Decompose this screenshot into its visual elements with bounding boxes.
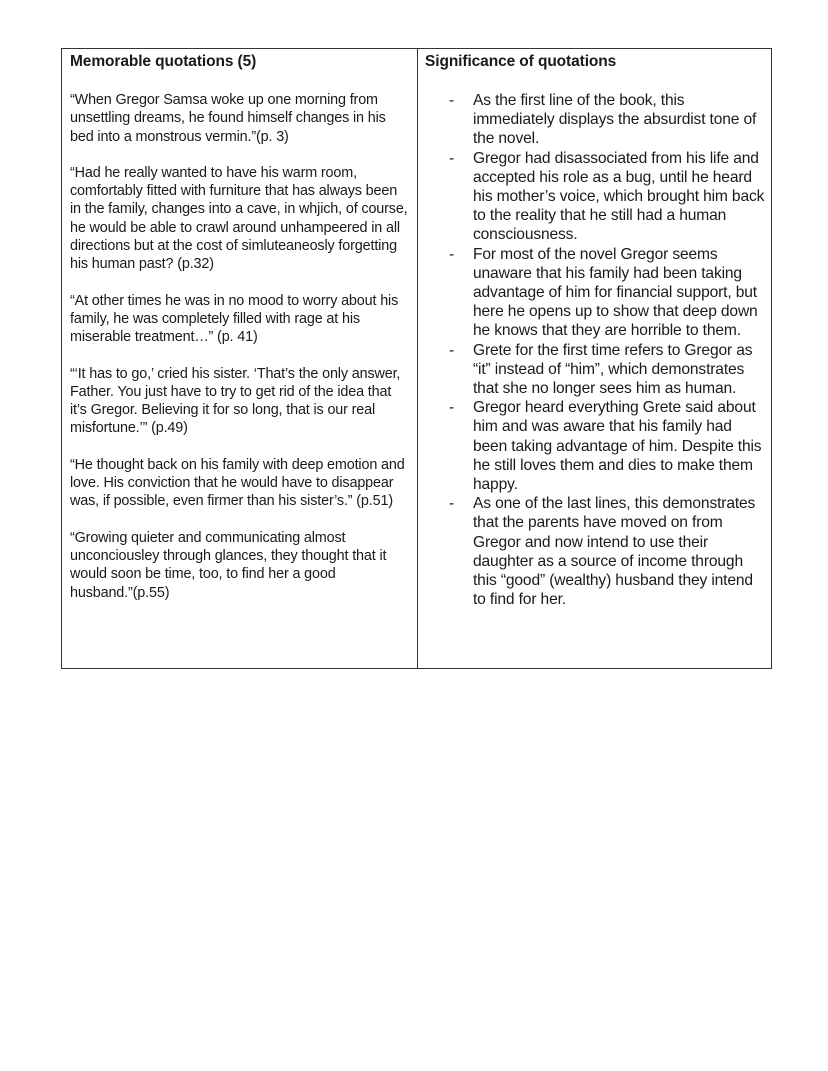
significance-column: Significance of quotations - As the firs… [418,49,771,668]
significance-item: - For most of the novel Gregor seems una… [425,245,765,341]
significance-item: - Grete for the first time refers to Gre… [425,341,765,399]
dash-bullet-icon: - [449,149,454,168]
significance-text: As one of the last lines, this demonstra… [473,495,755,608]
dash-bullet-icon: - [449,398,454,417]
significance-item: - As the first line of the book, this im… [425,91,765,149]
memorable-quotations-header: Memorable quotations (5) [70,52,409,71]
significance-item: - As one of the last lines, this demonst… [425,494,765,609]
significance-text: As the first line of the book, this imme… [473,92,756,147]
quote-item: “When Gregor Samsa woke up one morning f… [70,91,409,146]
dash-bullet-icon: - [449,341,454,360]
significance-header: Significance of quotations [425,52,765,71]
dash-bullet-icon: - [449,494,454,513]
significance-item: - Gregor had disassociated from his life… [425,149,765,245]
quote-item: “At other times he was in no mood to wor… [70,292,409,347]
quote-item: “Had he really wanted to have his warm r… [70,164,409,274]
quote-item: “He thought back on his family with deep… [70,456,409,511]
quote-list: “When Gregor Samsa woke up one morning f… [70,91,409,602]
significance-text: Gregor had disassociated from his life a… [473,150,764,244]
significance-text: Grete for the first time refers to Grego… [473,342,752,397]
dash-bullet-icon: - [449,91,454,110]
quotations-table: Memorable quotations (5) “When Gregor Sa… [61,48,772,669]
significance-text: Gregor heard everything Grete said about… [473,399,761,493]
quote-item: “‘It has to go,’ cried his sister. ‘That… [70,365,409,438]
significance-list: - As the first line of the book, this im… [425,91,765,609]
memorable-quotations-column: Memorable quotations (5) “When Gregor Sa… [62,49,418,668]
significance-text: For most of the novel Gregor seems unawa… [473,246,758,340]
quote-item: “Growing quieter and communicating almos… [70,529,409,602]
dash-bullet-icon: - [449,245,454,264]
significance-item: - Gregor heard everything Grete said abo… [425,398,765,494]
